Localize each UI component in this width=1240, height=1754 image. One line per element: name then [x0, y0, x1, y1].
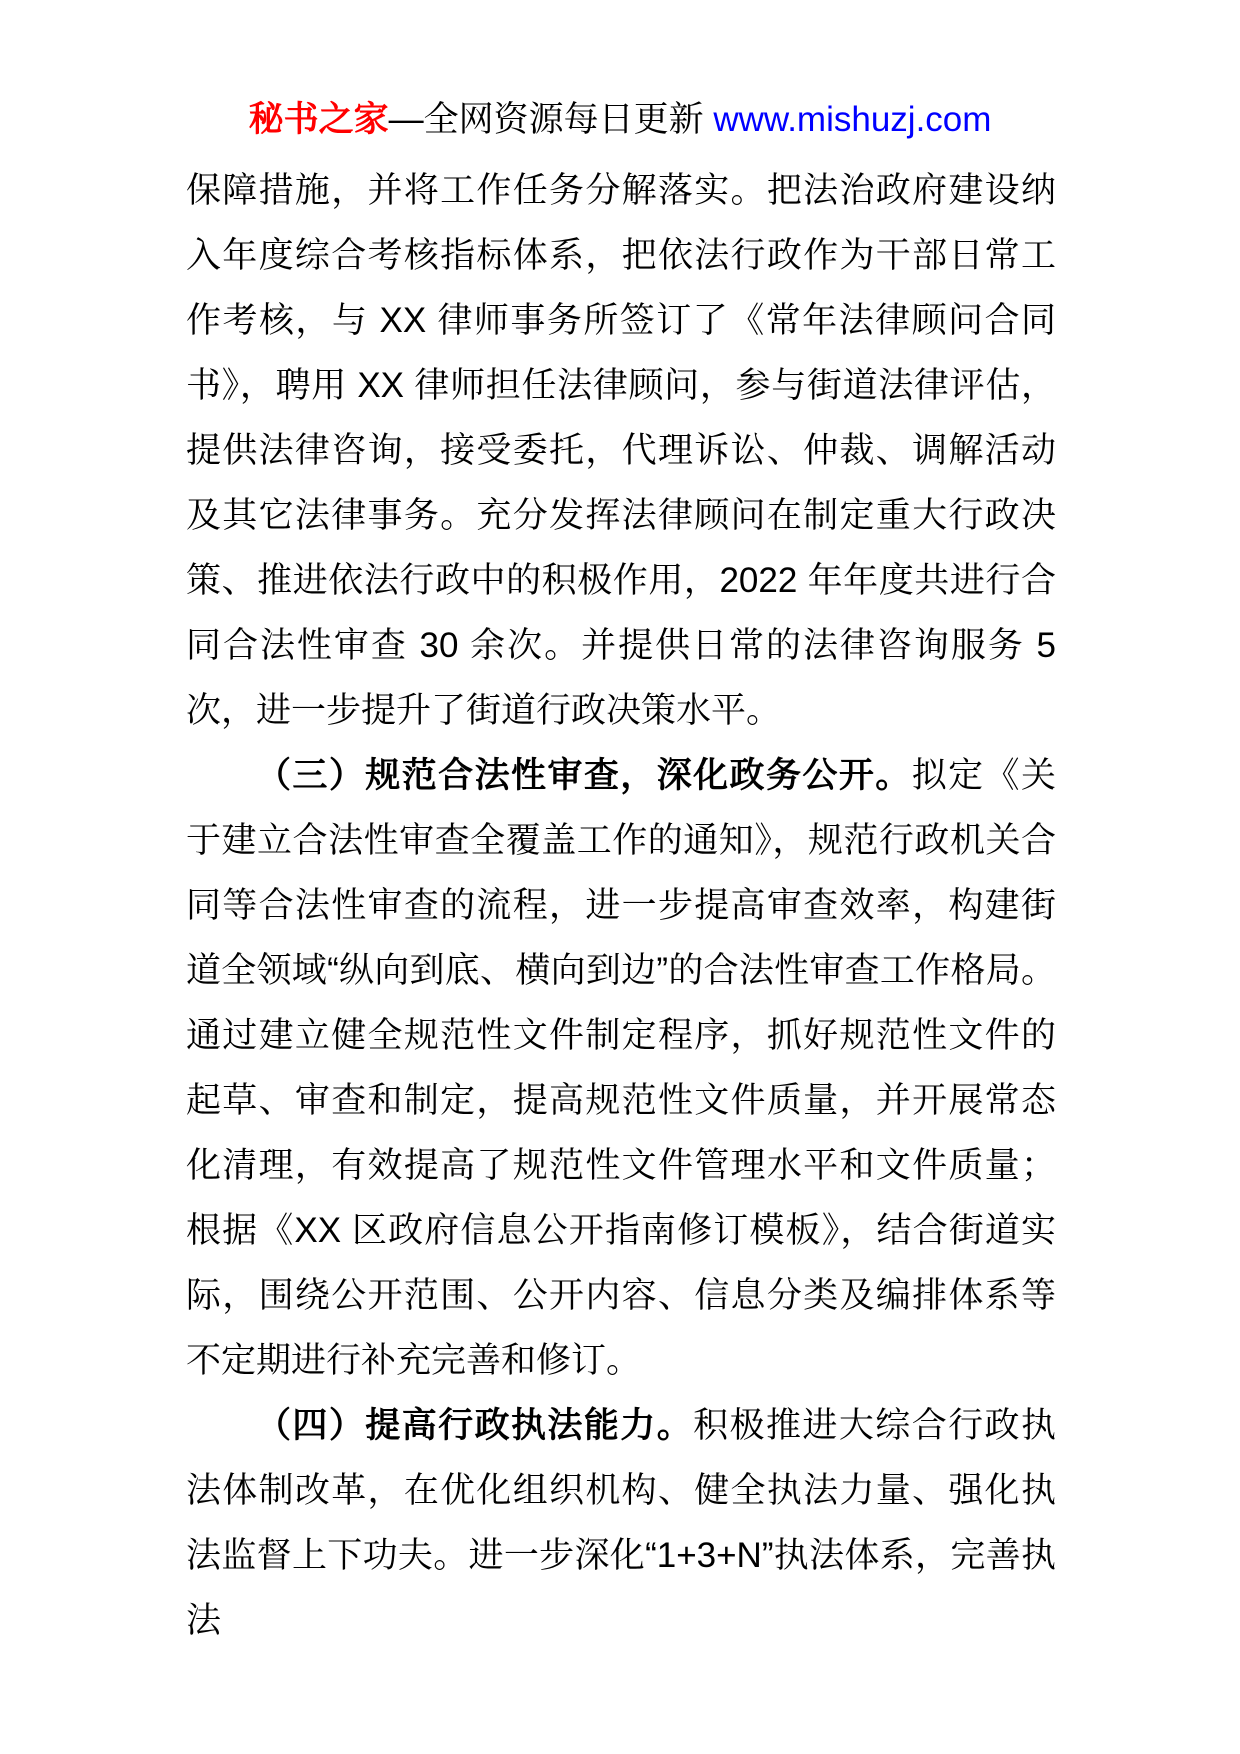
header-tagline: —全网资源每日更新: [389, 100, 714, 139]
paragraph-heading-run: （四）提高行政执法能力。: [256, 1406, 693, 1445]
page-header: 秘书之家—全网资源每日更新 www.mishuzj.com: [0, 0, 1240, 142]
text-run: 保障措施，并将工作任务分解落实。把法治政府建设纳入年度综合考核指标体系，把依法行…: [186, 171, 1056, 730]
document-body: 保障措施，并将工作任务分解落实。把法治政府建设纳入年度综合考核指标体系，把依法行…: [186, 158, 1056, 1653]
paragraph-heading-run: （三）规范合法性审查，深化政务公开。: [256, 756, 912, 795]
paragraph: （四）提高行政执法能力。积极推进大综合行政执法体制改革，在优化组织机构、健全执法…: [186, 1393, 1056, 1653]
document-page: 秘书之家—全网资源每日更新 www.mishuzj.com 保障措施，并将工作任…: [0, 0, 1240, 1754]
header-url-link[interactable]: www.mishuzj.com: [713, 100, 991, 139]
paragraph: （三）规范合法性审查，深化政务公开。拟定《关于建立合法性审查全覆盖工作的通知》，…: [186, 743, 1056, 1393]
paragraph: 保障措施，并将工作任务分解落实。把法治政府建设纳入年度综合考核指标体系，把依法行…: [186, 158, 1056, 743]
header-brand: 秘书之家: [249, 100, 389, 139]
text-run: 拟定《关于建立合法性审查全覆盖工作的通知》，规范行政机关合同等合法性审查的流程，…: [186, 756, 1056, 1380]
